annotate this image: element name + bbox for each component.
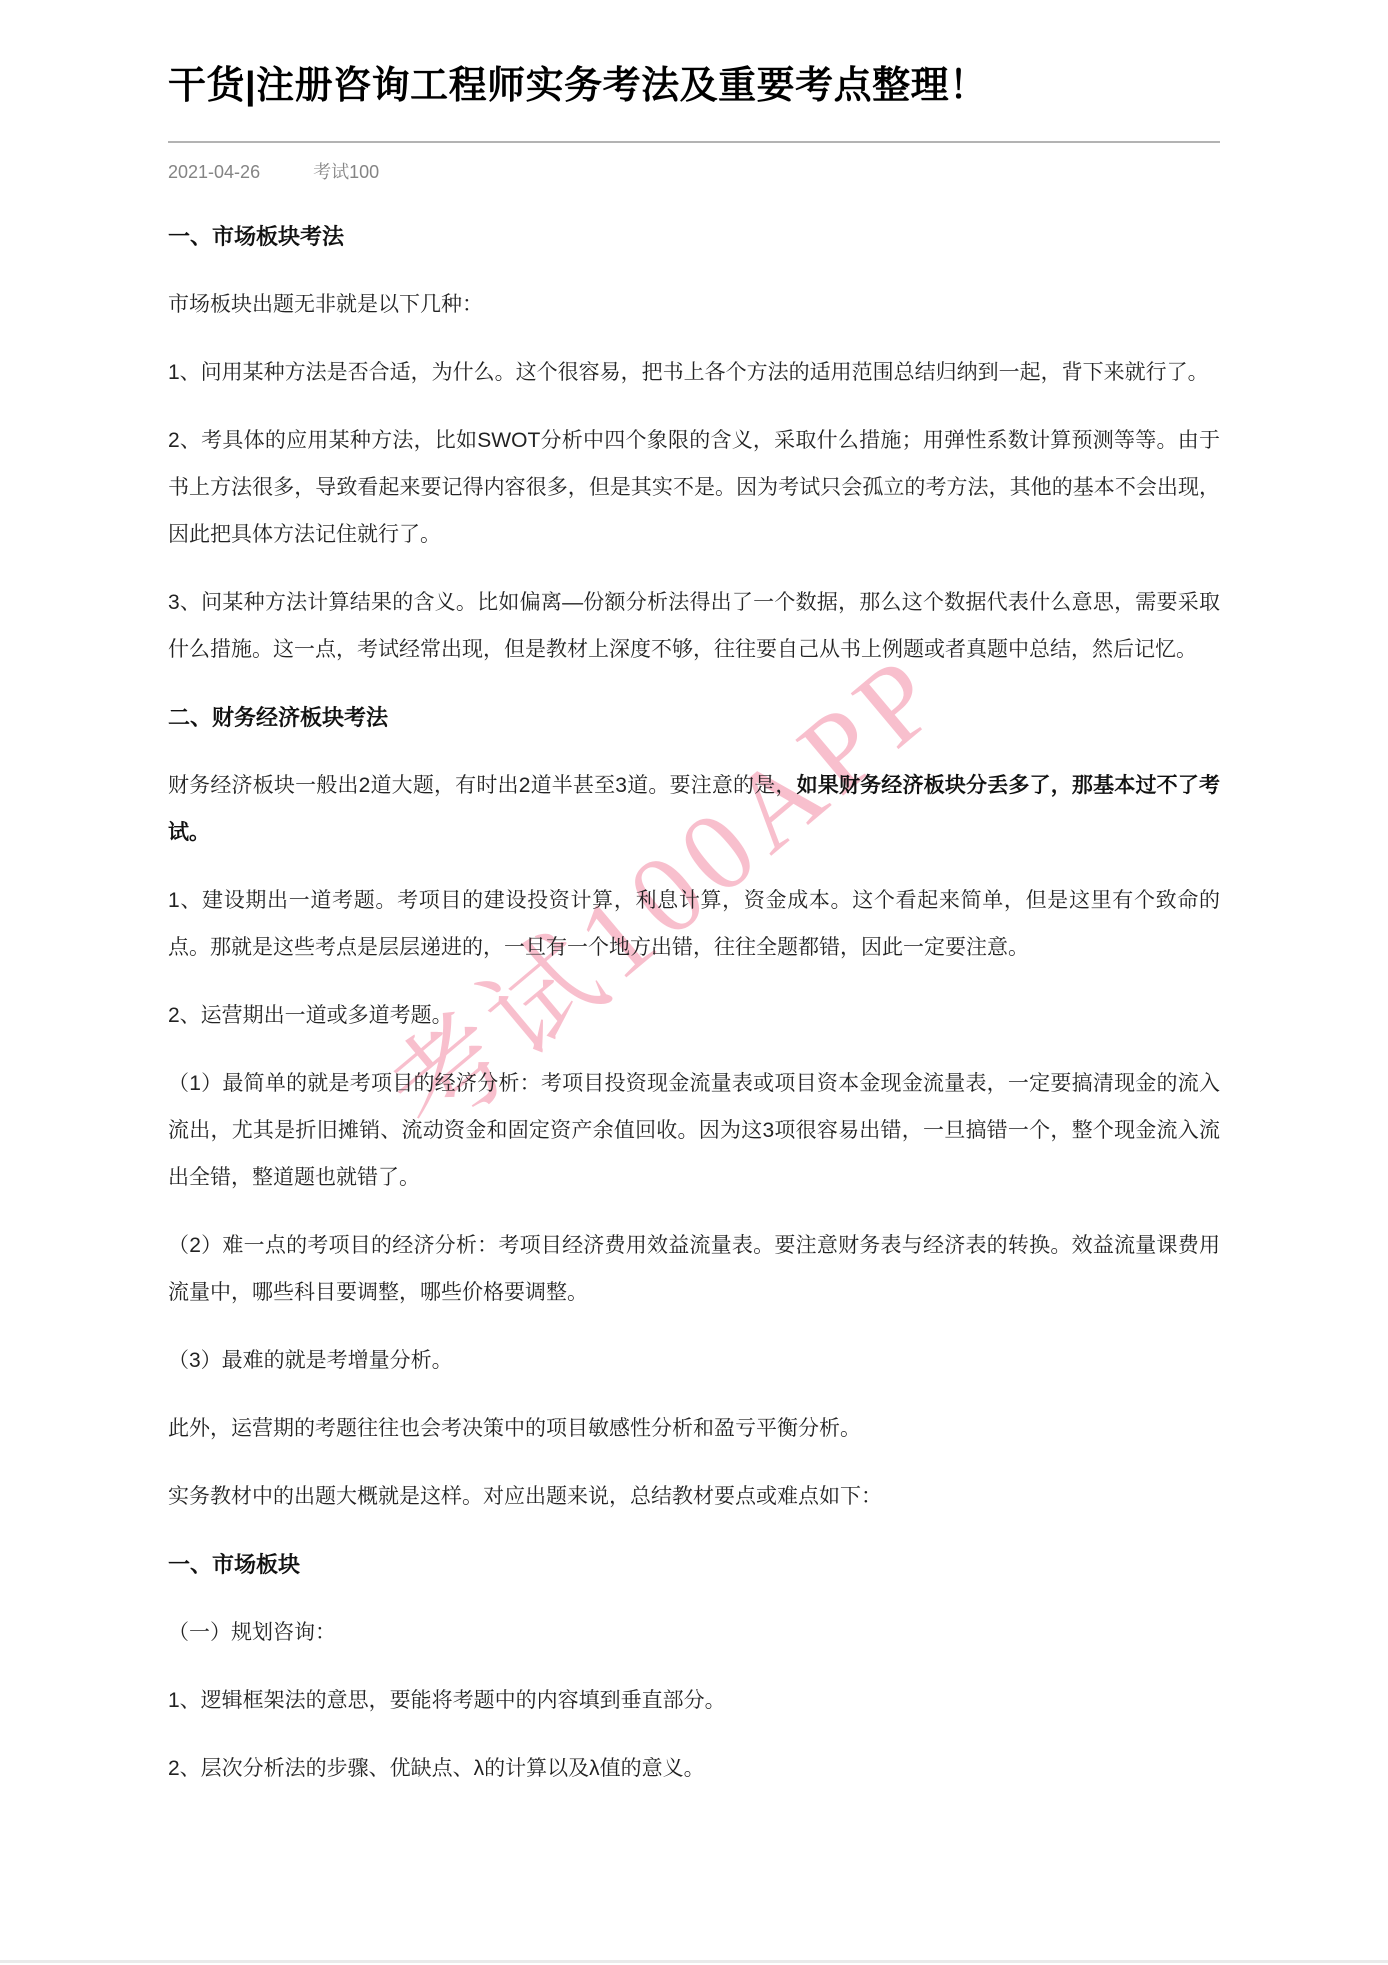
- text-run: 财务经济板块一般出2道大题，有时出2道半甚至3道。要注意的是，: [168, 774, 797, 797]
- text-run: （2）难一点的考项目的经济分析：考项目经济费用效益流量表。要注意财务表与经济表的…: [168, 1234, 1220, 1304]
- article-page: 考试100APP 干货|注册咨询工程师实务考法及重要考点整理！ 2021-04-…: [0, 0, 1388, 1965]
- text-run: 2、层次分析法的步骤、优缺点、λ的计算以及λ值的意义。: [168, 1757, 705, 1780]
- text-run: 3、问某种方法计算结果的含义。比如偏离—份额分析法得出了一个数据，那么这个数据代…: [168, 591, 1220, 661]
- paragraph: 2、运营期出一道或多道考题。: [168, 992, 1220, 1039]
- text-run: 2、考具体的应用某种方法，比如SWOT分析中四个象限的含义，采取什么措施；用弹性…: [168, 429, 1220, 546]
- title-divider: [168, 141, 1220, 143]
- text-run: 市场板块出题无非就是以下几种：: [168, 293, 483, 316]
- paragraph: 此外，运营期的考题往往也会考决策中的项目敏感性分析和盈亏平衡分析。: [168, 1405, 1220, 1452]
- article-title: 干货|注册咨询工程师实务考法及重要考点整理！: [168, 62, 1220, 111]
- text-run: 此外，运营期的考题往往也会考决策中的项目敏感性分析和盈亏平衡分析。: [168, 1417, 861, 1440]
- publish-date: 2021-04-26: [168, 162, 260, 182]
- section-heading: 二、财务经济板块考法: [168, 694, 1220, 741]
- paragraph: 1、逻辑框架法的意思，要能将考题中的内容填到垂直部分。: [168, 1677, 1220, 1724]
- text-run: 1、问用某种方法是否合适，为什么。这个很容易，把书上各个方法的适用范围总结归纳到…: [168, 361, 1209, 384]
- article-body: 一、市场板块考法市场板块出题无非就是以下几种：1、问用某种方法是否合适，为什么。…: [168, 213, 1220, 1792]
- paragraph: 1、建设期出一道考题。考项目的建设投资计算，利息计算，资金成本。这个看起来简单，…: [168, 877, 1220, 971]
- paragraph: （2）难一点的考项目的经济分析：考项目经济费用效益流量表。要注意财务表与经济表的…: [168, 1222, 1220, 1316]
- paragraph: 3、问某种方法计算结果的含义。比如偏离—份额分析法得出了一个数据，那么这个数据代…: [168, 579, 1220, 673]
- paragraph: （一）规划咨询：: [168, 1609, 1220, 1656]
- text-run: 实务教材中的出题大概就是这样。对应出题来说，总结教材要点或难点如下：: [168, 1485, 882, 1508]
- text-run: （一）规划咨询：: [168, 1621, 336, 1644]
- text-run: 1、建设期出一道考题。考项目的建设投资计算，利息计算，资金成本。这个看起来简单，…: [168, 889, 1220, 959]
- paragraph: 市场板块出题无非就是以下几种：: [168, 281, 1220, 328]
- paragraph: 2、层次分析法的步骤、优缺点、λ的计算以及λ值的意义。: [168, 1745, 1220, 1792]
- article-meta: 2021-04-26 考试100: [168, 159, 1220, 185]
- paragraph: 2、考具体的应用某种方法，比如SWOT分析中四个象限的含义，采取什么措施；用弹性…: [168, 417, 1220, 558]
- article-column: 干货|注册咨询工程师实务考法及重要考点整理！ 2021-04-26 考试100 …: [168, 0, 1220, 1792]
- section-heading: 一、市场板块考法: [168, 213, 1220, 260]
- paragraph: （1）最简单的就是考项目的经济分析：考项目投资现金流量表或项目资本金现金流量表，…: [168, 1060, 1220, 1201]
- paragraph: 实务教材中的出题大概就是这样。对应出题来说，总结教材要点或难点如下：: [168, 1473, 1220, 1520]
- text-run: （1）最简单的就是考项目的经济分析：考项目投资现金流量表或项目资本金现金流量表，…: [168, 1072, 1220, 1189]
- paragraph: （3）最难的就是考增量分析。: [168, 1337, 1220, 1384]
- bold-text-run: 一、市场板块考法: [168, 224, 344, 249]
- bold-text-run: 二、财务经济板块考法: [168, 705, 388, 730]
- page-bottom-divider: [0, 1960, 1388, 1963]
- paragraph: 财务经济板块一般出2道大题，有时出2道半甚至3道。要注意的是，如果财务经济板块分…: [168, 762, 1220, 856]
- text-run: 1、逻辑框架法的意思，要能将考题中的内容填到垂直部分。: [168, 1689, 726, 1712]
- text-run: 2、运营期出一道或多道考题。: [168, 1004, 453, 1027]
- paragraph: 1、问用某种方法是否合适，为什么。这个很容易，把书上各个方法的适用范围总结归纳到…: [168, 349, 1220, 396]
- source-name: 考试100: [313, 162, 379, 182]
- section-heading: 一、市场板块: [168, 1541, 1220, 1588]
- text-run: （3）最难的就是考增量分析。: [168, 1349, 453, 1372]
- bold-text-run: 一、市场板块: [168, 1552, 300, 1577]
